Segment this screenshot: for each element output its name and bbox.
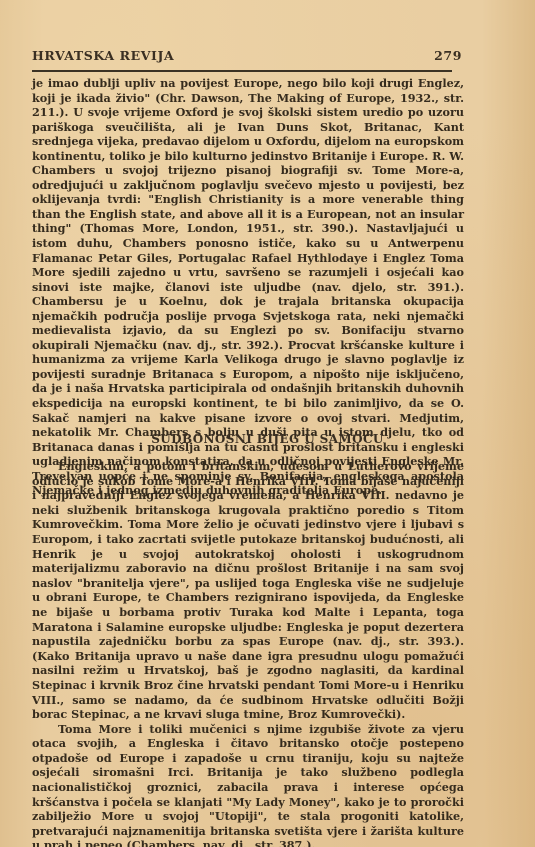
section-paragraph: Toma More i toliki mučenici s njime izgu… (32, 722, 464, 847)
page-number: 279 (434, 48, 462, 63)
running-header: HRVATSKA REVIJA 279 (32, 48, 462, 63)
section-text: Engleskim, a potom i britanskim, udesom … (32, 459, 464, 847)
header-rule (32, 70, 452, 72)
section-heading: SUDBONOSNI BIJEG U SAMOĆU (0, 432, 535, 446)
journal-title: HRVATSKA REVIJA (32, 48, 174, 63)
section-paragraph: Engleskim, a potom i britanskim, udesom … (32, 459, 464, 722)
book-page: HRVATSKA REVIJA 279 je imao dublji upliv… (0, 0, 535, 847)
